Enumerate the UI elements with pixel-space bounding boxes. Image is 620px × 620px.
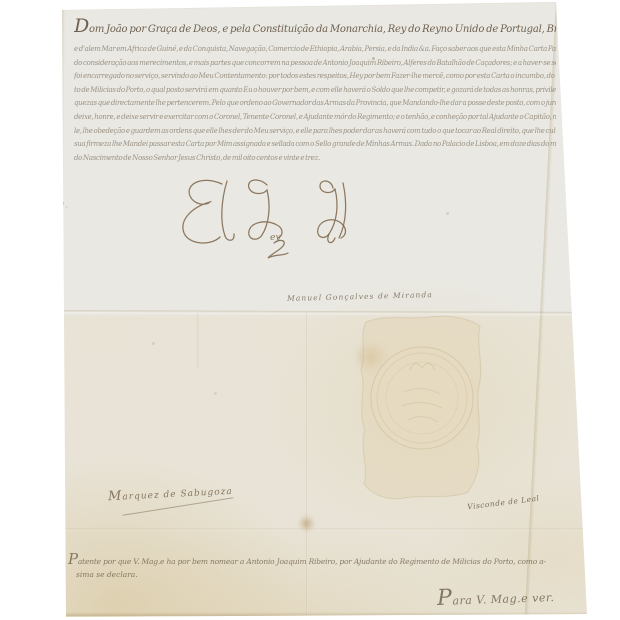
paper-left-edge xyxy=(58,8,65,620)
paper-top-edge xyxy=(62,0,557,11)
body-line: to de Milicias do Porto, o qual posto se… xyxy=(74,84,556,98)
body-line: quezas que directamente lhe pertencerem.… xyxy=(74,97,556,111)
docket-note: Patente por que V. Mag.e ha por bem nome… xyxy=(68,551,560,580)
short-vertical-crease xyxy=(197,313,199,368)
paper-speck xyxy=(214,392,217,395)
docket-line: Patente por que V. Mag.e ha por bem nome… xyxy=(68,551,560,570)
body-line: Dom João por Graça de Deos, e pela Const… xyxy=(74,13,556,43)
presentation-note: Para V. Mag.e ver. xyxy=(437,582,555,611)
paper-speck xyxy=(446,212,449,215)
paper-speck xyxy=(152,342,155,345)
body-line: foi encarregado no serviço, servindo ao … xyxy=(74,70,556,84)
body-line: do Nascimento de Nosso Senhor Jesus Chri… xyxy=(74,152,556,166)
patent-body-text: Dom João por Graça de Deos, e pela Const… xyxy=(74,13,556,165)
body-line: do consideração aos merecimentos, e mais… xyxy=(74,57,556,71)
countersignature: Manuel Gonçalves de Miranda xyxy=(287,290,433,303)
royal-signature-el-rey: ey xyxy=(170,177,365,265)
body-line: sua firmeza lhe Mandei passar esta Carta… xyxy=(74,138,556,152)
photo-background: Dom João por Graça de Deos, e pela Const… xyxy=(0,0,620,620)
royal-signature-ey: ey xyxy=(270,233,281,243)
paper-bottom-edge xyxy=(63,612,588,616)
horizontal-fold-crease xyxy=(62,310,586,316)
body-line: deixe, honre, e deixe servir e exercitar… xyxy=(74,111,556,125)
document-page: Dom João por Graça de Deos, e pela Const… xyxy=(0,0,620,620)
margin-pencil-mark: 7. xyxy=(59,200,68,210)
body-line: e d'alem Mar em Africa de Guiné, e da Co… xyxy=(74,43,556,57)
embossed-paper-seal xyxy=(352,314,494,504)
lower-fold-crease xyxy=(62,528,584,531)
body-line: le, lhe obedeção e guardem as ordens que… xyxy=(74,125,556,139)
docket-line: sima se declara. xyxy=(76,570,560,580)
